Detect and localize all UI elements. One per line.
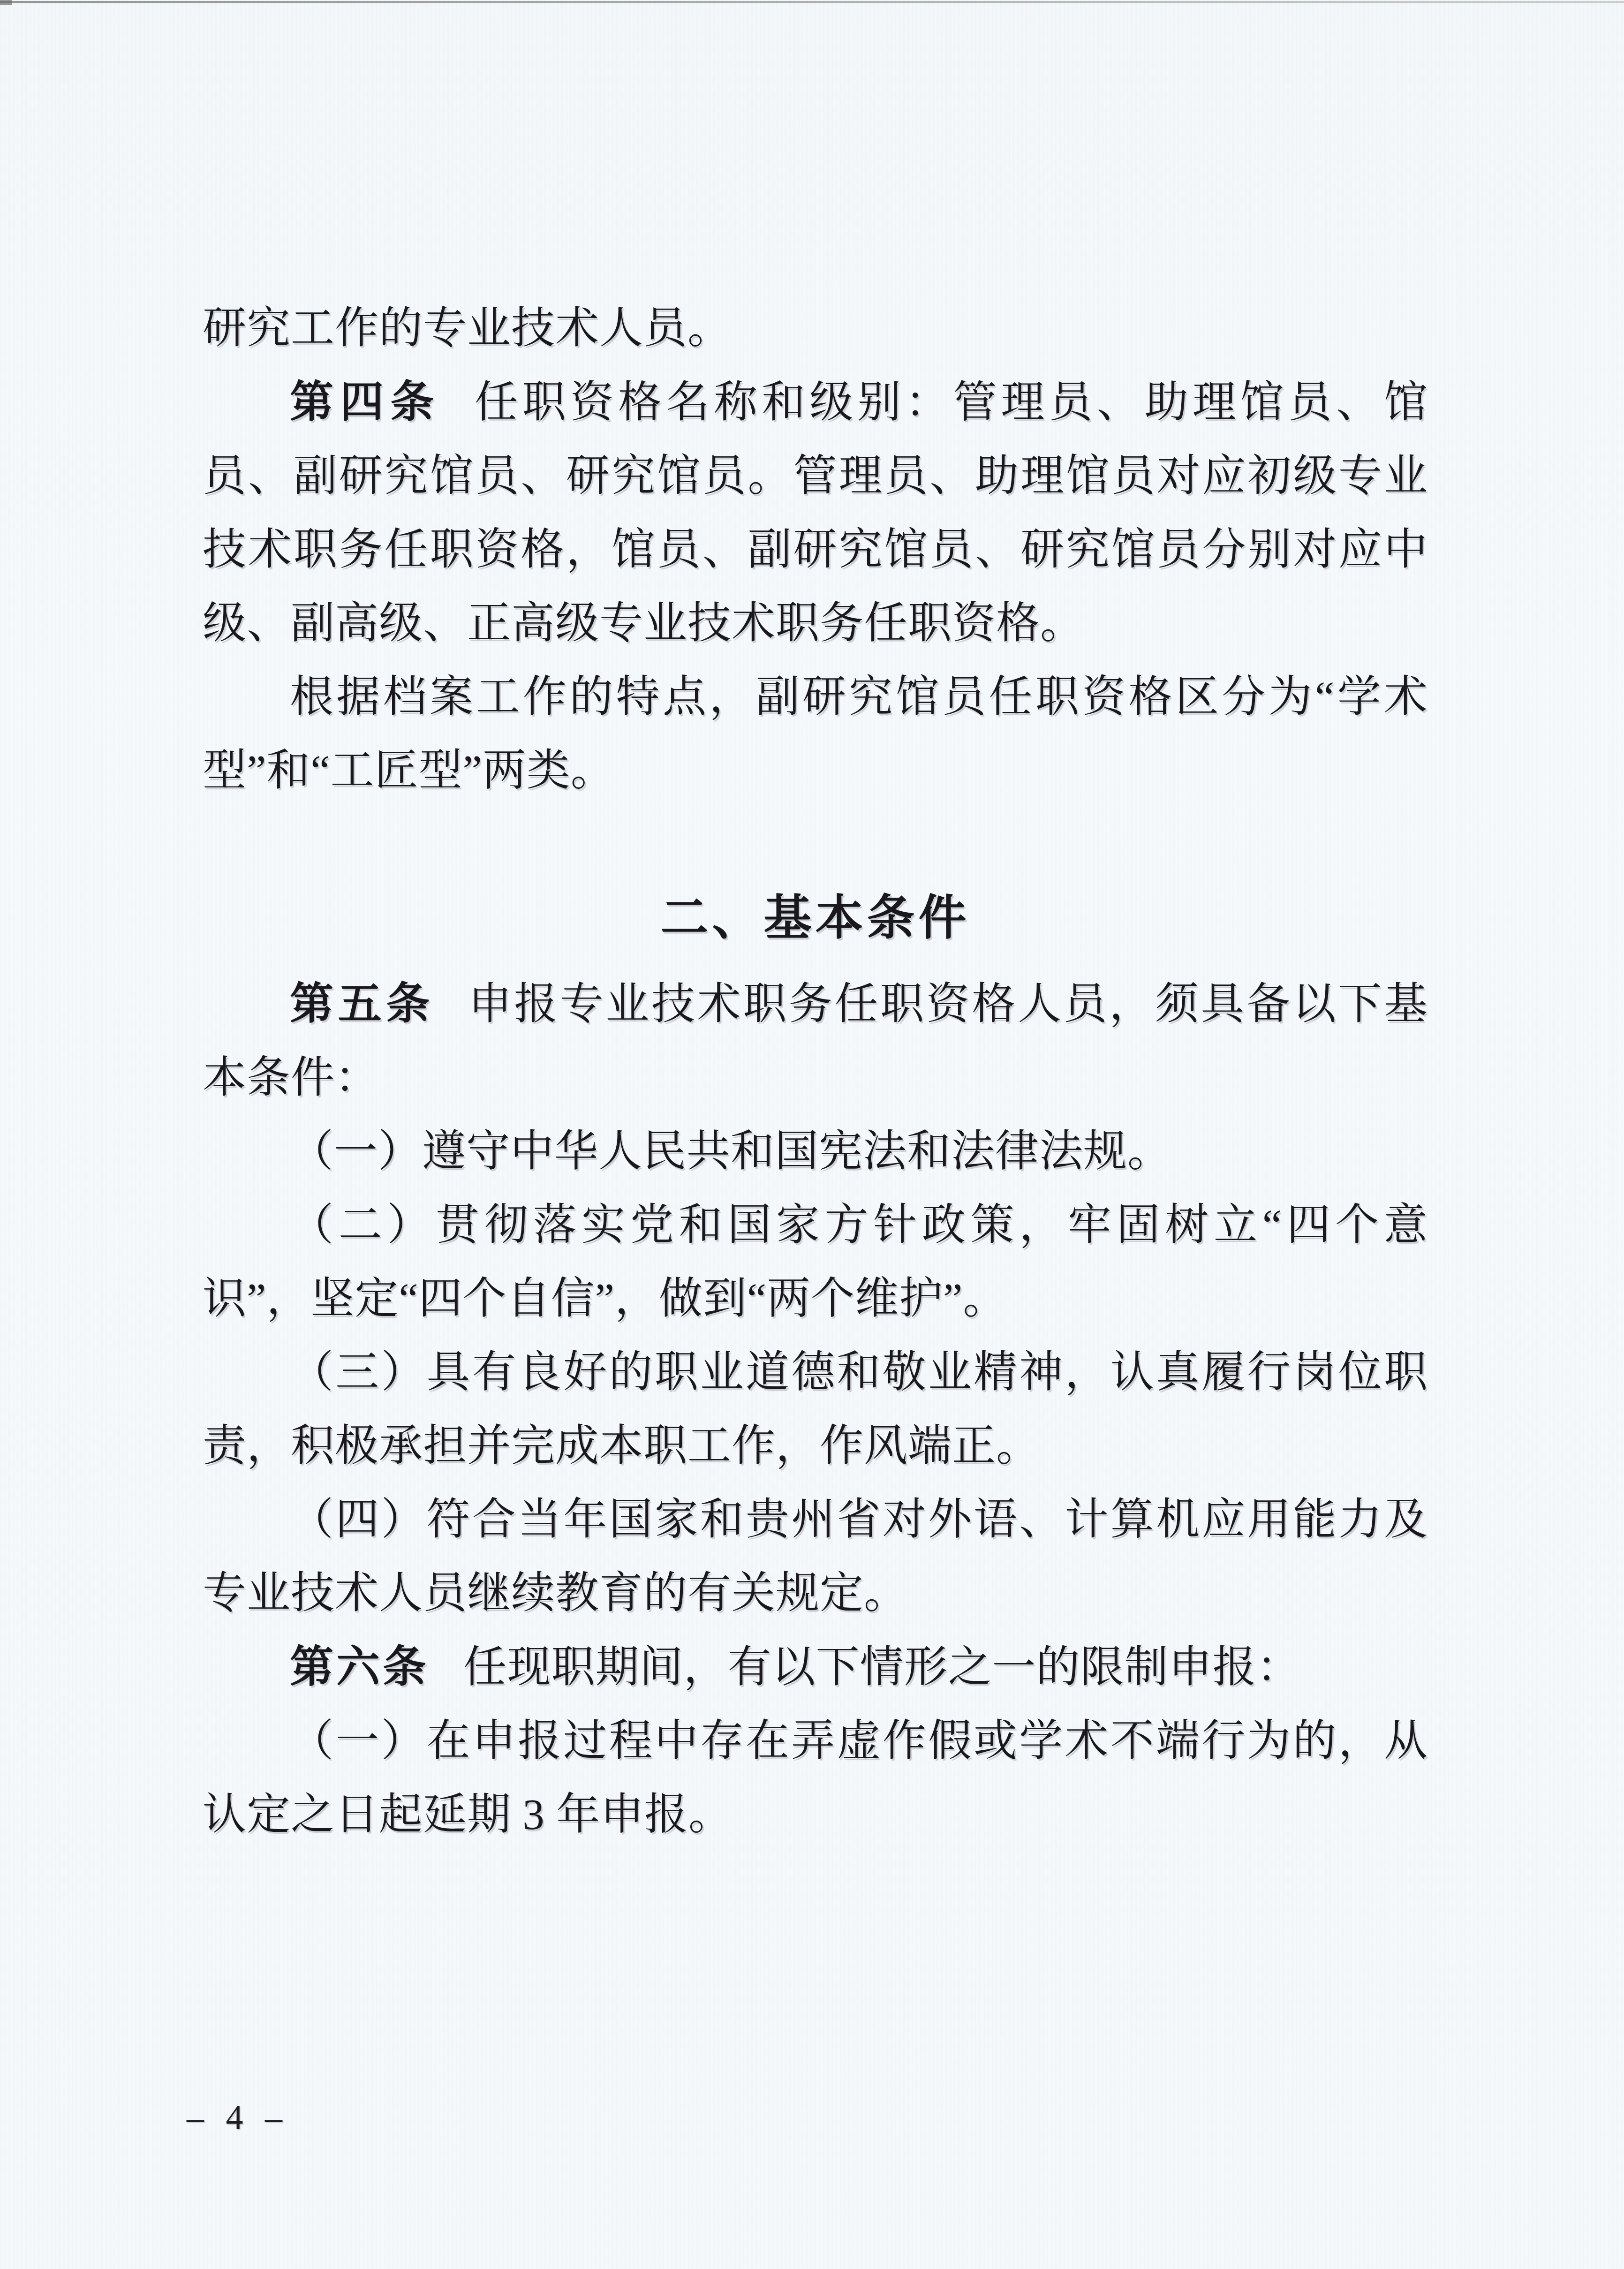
article-number-label: 第六条 (290, 1642, 429, 1691)
body-paragraph: 研究工作的专业技术人员。 (203, 292, 1428, 365)
body-paragraph: （四）符合当年国家和贵州省对外语、计算机应用能力及专业技术人员继续教育的有关规定… (203, 1483, 1428, 1630)
scan-artifact-top-edge (0, 1, 1624, 3)
document-content: 研究工作的专业技术人员。第四条任职资格名称和级别：管理员、助理馆员、馆员、副研究… (203, 292, 1428, 1852)
article-number-label: 第五条 (290, 979, 434, 1028)
page-number: – 4 – (187, 2096, 289, 2139)
body-paragraph: （一）遵守中华人民共和国宪法和法律法规。 (203, 1115, 1428, 1188)
article-paragraph: 第六条任现职期间，有以下情形之一的限制申报： (203, 1630, 1428, 1704)
document-page: 研究工作的专业技术人员。第四条任职资格名称和级别：管理员、助理馆员、馆员、副研究… (0, 0, 1624, 2269)
body-paragraph: （一）在申报过程中存在弄虚作假或学术不端行为的，从认定之日起延期 3 年申报。 (203, 1704, 1428, 1852)
section-heading: 二、基本条件 (203, 883, 1428, 953)
body-paragraph: （二）贯彻落实党和国家方针政策，牢固树立“四个意识”，坚定“四个自信”，做到“两… (203, 1188, 1428, 1336)
article-paragraph: 第五条申报专业技术职务任职资格人员，须具备以下基本条件： (203, 967, 1428, 1115)
scan-artifact-corner (0, 0, 12, 5)
body-paragraph: （三）具有良好的职业道德和敬业精神，认真履行岗位职责，积极承担并完成本职工作，作… (203, 1336, 1428, 1483)
body-paragraph: 根据档案工作的特点，副研究馆员任职资格区分为“学术型”和“工匠型”两类。 (203, 660, 1428, 808)
article-paragraph: 第四条任职资格名称和级别：管理员、助理馆员、馆员、副研究馆员、研究馆员。管理员、… (203, 365, 1428, 660)
article-number-label: 第四条 (290, 378, 440, 426)
